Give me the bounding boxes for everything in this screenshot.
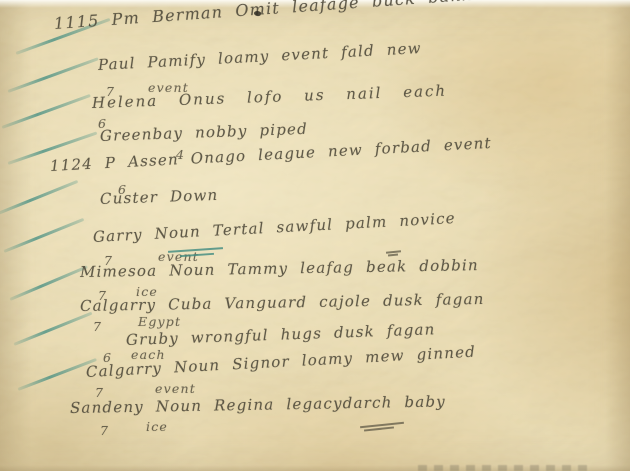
ink-double-underline: [364, 426, 394, 431]
interlined-number: 7: [93, 319, 102, 334]
handwritten-line: Helena Onus lofo us nail each: [92, 82, 448, 112]
ink-double-underline: [360, 422, 404, 429]
interlined-word: Egypt: [138, 314, 181, 329]
handwritten-line: Garry Noun Tertal sawful palm novice: [93, 209, 457, 246]
handwritten-line: Paul Pamify loamy event fald new: [98, 39, 423, 74]
ink-double-underline: [388, 253, 398, 256]
ink-double-underline: [386, 250, 401, 254]
handwritten-line: Mimesoa Noun Tammy leafag beak dobbin: [80, 256, 479, 281]
handwritten-line: Sandeny Noun Regina legacydarch baby: [70, 392, 446, 417]
interlined-number: 7: [100, 423, 109, 438]
handwritten-line: 1115 Pm Berman Omit leafage buck bank: [53, 0, 473, 33]
handwritten-line: Custer Down: [100, 186, 219, 208]
paper-bottom-edge-shadow: [0, 465, 630, 471]
tally-mark: [1, 94, 90, 129]
handwritten-line: Greenbay nobby piped: [100, 120, 308, 145]
scanned-note-page: 1115 Pm Berman Omit leafage buck bank Pa…: [0, 0, 630, 471]
interlined-word: ice: [146, 419, 168, 434]
tally-mark: [9, 265, 87, 301]
interlined-word: event: [155, 381, 196, 396]
tally-mark: [3, 218, 84, 253]
cut-off-text-smudge: [418, 465, 588, 471]
tally-mark: [7, 57, 98, 93]
tally-mark: [0, 180, 78, 215]
tally-mark: [13, 312, 92, 346]
